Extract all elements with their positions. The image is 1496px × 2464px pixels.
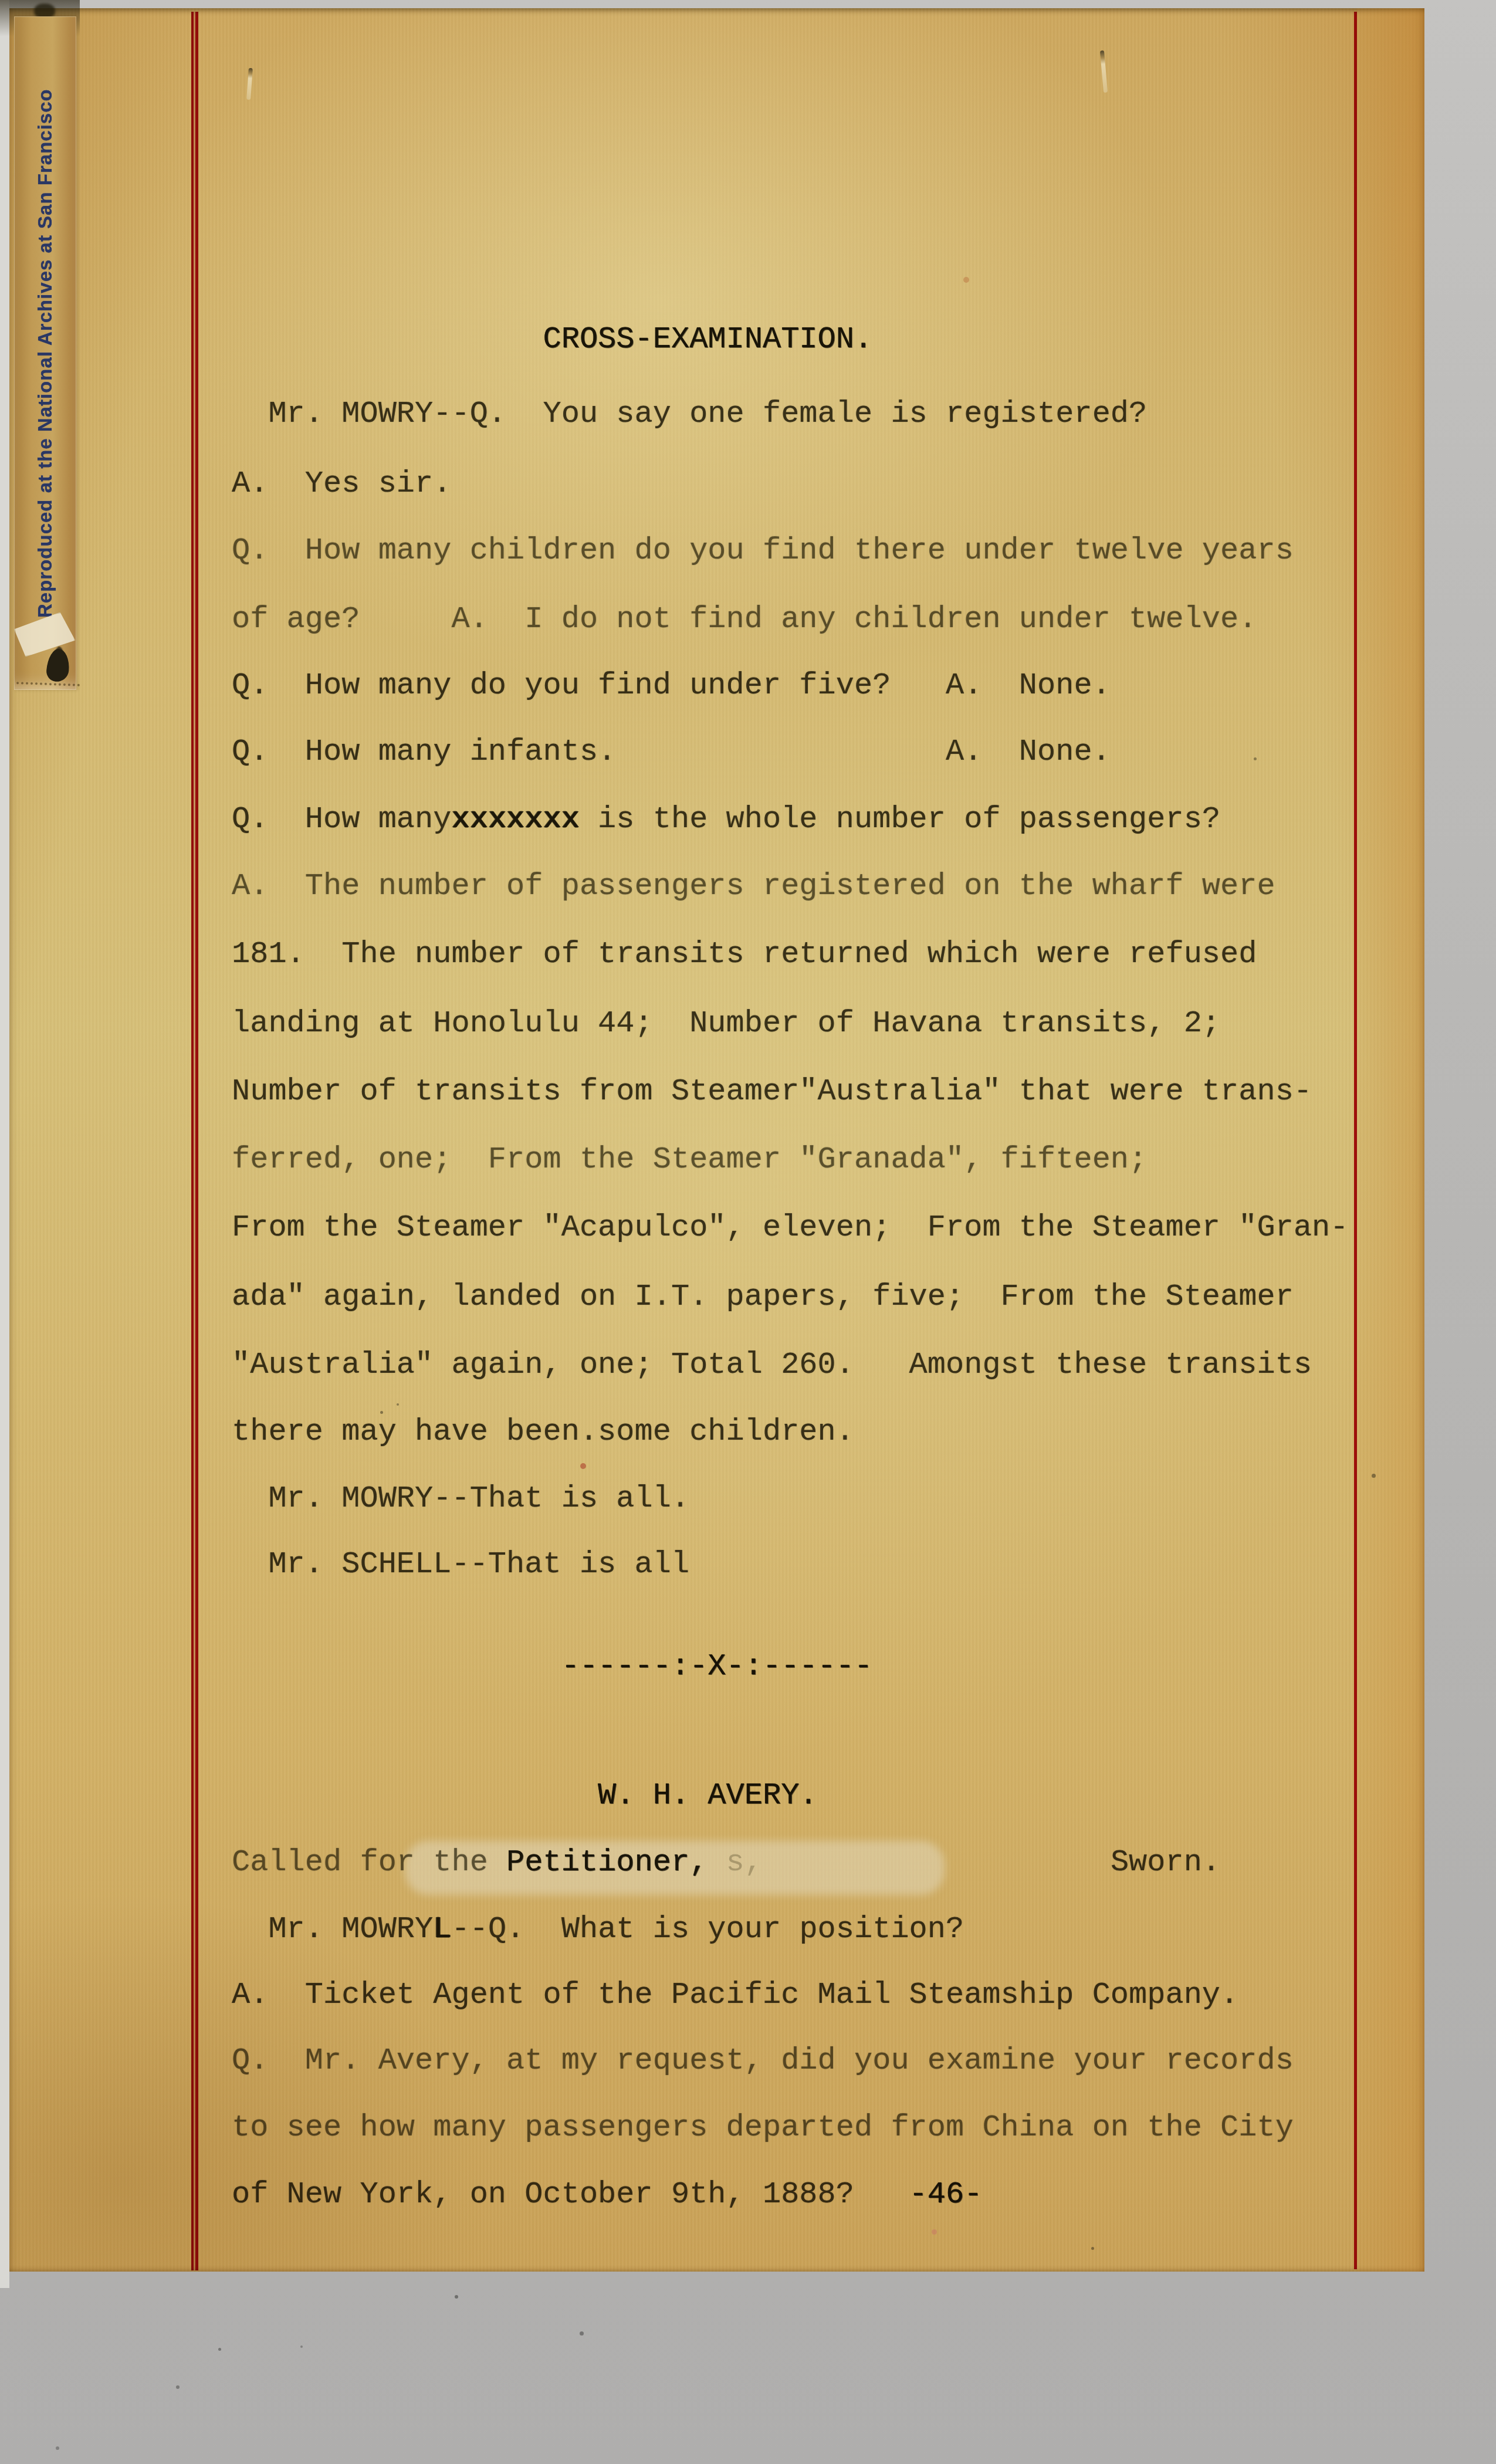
typed-line: Q. Mr. Avery, at my request, did you exa… <box>232 2043 1294 2079</box>
typed-segment: Mr. MOWRY <box>232 1912 433 1947</box>
typed-text-layer: CROSS-EXAMINATION. Mr. MOWRY--Q. You say… <box>0 0 1496 2464</box>
paper-speck <box>1372 1474 1376 1478</box>
typed-segment: Mr. MOWRY--Q. You say one female is regi… <box>232 397 1147 431</box>
paper-speck <box>580 2331 584 2336</box>
typed-segment: s, <box>708 1845 763 1880</box>
typed-segment: there may have been.some children. <box>232 1414 854 1449</box>
typed-segment: Q. Mr. Avery, at my request, did you exa… <box>232 2043 1294 2078</box>
typed-segment: Q. How many <box>232 802 451 837</box>
typed-line: A. Ticket Agent of the Pacific Mail Stea… <box>232 1978 1238 2013</box>
typed-segment: of age? A. I do not find any children un… <box>232 602 1257 637</box>
typed-line: of age? A. I do not find any children un… <box>232 602 1257 637</box>
typed-segment: "Australia" again, one; Total 260. Among… <box>232 1348 1312 1382</box>
typed-segment: A. The number of passengers registered o… <box>232 869 1275 903</box>
typed-line: Mr. SCHELL--That is all <box>232 1547 689 1582</box>
typed-segment: to see how many passengers departed from… <box>232 2110 1294 2145</box>
paper-speck <box>218 2348 221 2351</box>
typed-line: Called for the Petitioner, s, Sworn. <box>232 1845 1220 1880</box>
typed-line: W. H. AVERY. <box>232 1778 818 1813</box>
typed-segment <box>763 1845 1111 1880</box>
typed-line: A. The number of passengers registered o… <box>232 869 1275 904</box>
typed-segment: Number of transits from Steamer"Australi… <box>232 1074 1312 1109</box>
typed-segment: Mr. MOWRY--That is all. <box>232 1481 689 1516</box>
typed-line: ada" again, landed on I.T. papers, five;… <box>232 1280 1294 1315</box>
typed-line: Q. How many children do you find there u… <box>232 533 1294 568</box>
typed-line: landing at Honolulu 44; Number of Havana… <box>232 1006 1220 1041</box>
typed-line: Mr. MOWRY--Q. You say one female is regi… <box>232 397 1147 432</box>
paper-speck <box>580 1463 586 1469</box>
typed-segment: Mr. SCHELL--That is all <box>232 1547 689 1582</box>
typed-line: Number of transits from Steamer"Australi… <box>232 1074 1312 1109</box>
typed-line: Mr. MOWRY--That is all. <box>232 1481 689 1517</box>
typed-line: Q. How many infants. A. None. <box>232 735 1111 770</box>
typed-line: there may have been.some children. <box>232 1414 854 1450</box>
typed-line: From the Steamer "Acapulco", eleven; Fro… <box>232 1210 1349 1245</box>
paper-speck <box>932 2229 937 2235</box>
scanned-page: Reproduced at the National Archives at S… <box>0 0 1496 2464</box>
overstrike-text: xxxxxxx <box>451 802 579 837</box>
typed-segment: Q. How many infants. A. None. <box>232 735 1111 769</box>
typed-segment: is the whole number of passengers? <box>580 802 1220 837</box>
typed-segment: Q. How many children do you find there u… <box>232 533 1294 568</box>
typed-segment: -46- <box>909 2177 983 2212</box>
paper-speck <box>455 2295 458 2299</box>
typed-segment: 181. The number of transits returned whi… <box>232 937 1257 972</box>
paper-speck <box>1254 757 1257 760</box>
typed-segment: ------:-X-:------ <box>232 1649 872 1684</box>
typed-line: of New York, on October 9th, 1888? -46- <box>232 2177 982 2212</box>
typed-segment: Petitioner, <box>506 1845 708 1880</box>
typed-segment: ada" again, landed on I.T. papers, five;… <box>232 1280 1294 1314</box>
paper-speck <box>1091 2247 1094 2250</box>
typed-segment: of New York, on October 9th, 1888? <box>232 2177 909 2212</box>
typed-line: "Australia" again, one; Total 260. Among… <box>232 1348 1312 1383</box>
typed-segment: W. H. AVERY. <box>232 1778 818 1813</box>
typed-line: Q. How many do you find under five? A. N… <box>232 668 1111 703</box>
typed-segment: ferred, one; From the Steamer "Granada",… <box>232 1142 1147 1177</box>
overstrike-text: L <box>433 1912 451 1947</box>
typed-segment: From the Steamer "Acapulco", eleven; Fro… <box>232 1210 1349 1245</box>
typed-segment: CROSS-EXAMINATION. <box>232 322 872 357</box>
typed-line: Q. How manyxxxxxxx is the whole number o… <box>232 802 1220 837</box>
paper-speck <box>176 2385 180 2389</box>
paper-speck <box>397 1403 399 1406</box>
typed-segment: A. Ticket Agent of the Pacific Mail Stea… <box>232 1978 1238 2012</box>
typed-segment: A. Yes sir. <box>232 466 451 501</box>
paper-speck <box>963 277 969 283</box>
typed-line: to see how many passengers departed from… <box>232 2110 1294 2145</box>
paper-speck <box>300 2345 303 2348</box>
typed-line: ------:-X-:------ <box>232 1649 872 1684</box>
paper-speck <box>56 2446 59 2450</box>
typed-line: 181. The number of transits returned whi… <box>232 937 1257 972</box>
typed-line: CROSS-EXAMINATION. <box>232 322 872 357</box>
typed-segment: --Q. What is your position? <box>451 1912 964 1947</box>
typed-line: Mr. MOWRYL--Q. What is your position? <box>232 1912 964 1947</box>
typed-segment: landing at Honolulu 44; Number of Havana… <box>232 1006 1220 1041</box>
typed-segment: Called for the <box>232 1845 506 1880</box>
typed-segment: Q. How many do you find under five? A. N… <box>232 668 1111 703</box>
typed-line: A. Yes sir. <box>232 466 451 502</box>
paper-speck <box>380 1411 383 1414</box>
typed-segment: Sworn. <box>1111 1845 1220 1880</box>
typed-line: ferred, one; From the Steamer "Granada",… <box>232 1142 1147 1177</box>
